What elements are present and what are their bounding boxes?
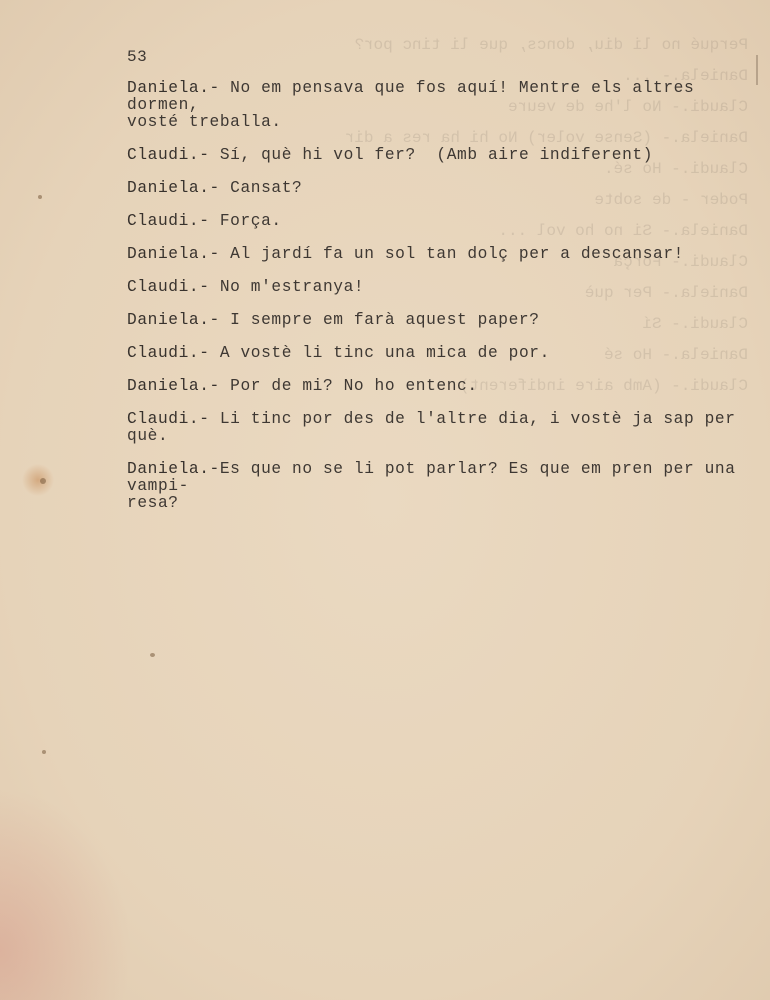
line-text: I sempre em farà aquest paper? xyxy=(220,311,540,329)
stain-speck xyxy=(38,195,42,199)
dialogue-line: Daniela.- Por de mi? No ho entenc. xyxy=(127,378,737,395)
speaker-name: Daniela.- xyxy=(127,311,220,329)
dialogue-line: Claudi.- Sí, què hi vol fer? (Amb aire i… xyxy=(127,147,737,164)
speaker-name: Claudi.- xyxy=(127,278,210,296)
dialogue-line: Daniela.- No em pensava que fos aquí! Me… xyxy=(127,80,737,131)
speaker-name: Claudi.- xyxy=(127,410,210,428)
stain-speck xyxy=(42,750,46,754)
paper-edge-mark xyxy=(756,55,758,85)
dialogue-line: Daniela.- Cansat? xyxy=(127,180,737,197)
dialogue-line: Claudi.- No m'estranya! xyxy=(127,279,737,296)
page-number: 53 xyxy=(127,48,147,66)
dialogue-line: Claudi.- Li tinc por des de l'altre dia,… xyxy=(127,411,737,445)
dialogue-line: Daniela.- I sempre em farà aquest paper? xyxy=(127,312,737,329)
speaker-name: Claudi.- xyxy=(127,146,210,164)
dialogue-block: Daniela.- No em pensava que fos aquí! Me… xyxy=(127,80,737,528)
stain-speck xyxy=(40,478,46,484)
speaker-name: Claudi.- xyxy=(127,212,210,230)
speaker-name: Daniela.- xyxy=(127,79,220,97)
dialogue-line: Daniela.-Es que no se li pot parlar? Es … xyxy=(127,461,737,512)
line-text: Por de mi? No ho entenc. xyxy=(220,377,478,395)
speaker-name: Daniela.- xyxy=(127,377,220,395)
dialogue-line: Claudi.- Força. xyxy=(127,213,737,230)
stain-speck xyxy=(150,653,155,657)
line-text: Li tinc por des de l'altre dia, i vostè … xyxy=(127,410,746,445)
line-text: Cansat? xyxy=(220,179,303,197)
line-text: Força. xyxy=(210,212,282,230)
line-text: Al jardí fa un sol tan dolç per a descan… xyxy=(220,245,684,263)
speaker-name: Daniela.- xyxy=(127,179,220,197)
speaker-name: Daniela.- xyxy=(127,460,220,478)
dialogue-line: Daniela.- Al jardí fa un sol tan dolç pe… xyxy=(127,246,737,263)
dialogue-line: Claudi.- A vostè li tinc una mica de por… xyxy=(127,345,737,362)
line-text: Es que no se li pot parlar? Es que em pr… xyxy=(127,460,746,512)
line-text: Sí, què hi vol fer? (Amb aire indiferent… xyxy=(210,146,654,164)
speaker-name: Claudi.- xyxy=(127,344,210,362)
line-text: No m'estranya! xyxy=(210,278,365,296)
line-text: A vostè li tinc una mica de por. xyxy=(210,344,550,362)
speaker-name: Daniela.- xyxy=(127,245,220,263)
